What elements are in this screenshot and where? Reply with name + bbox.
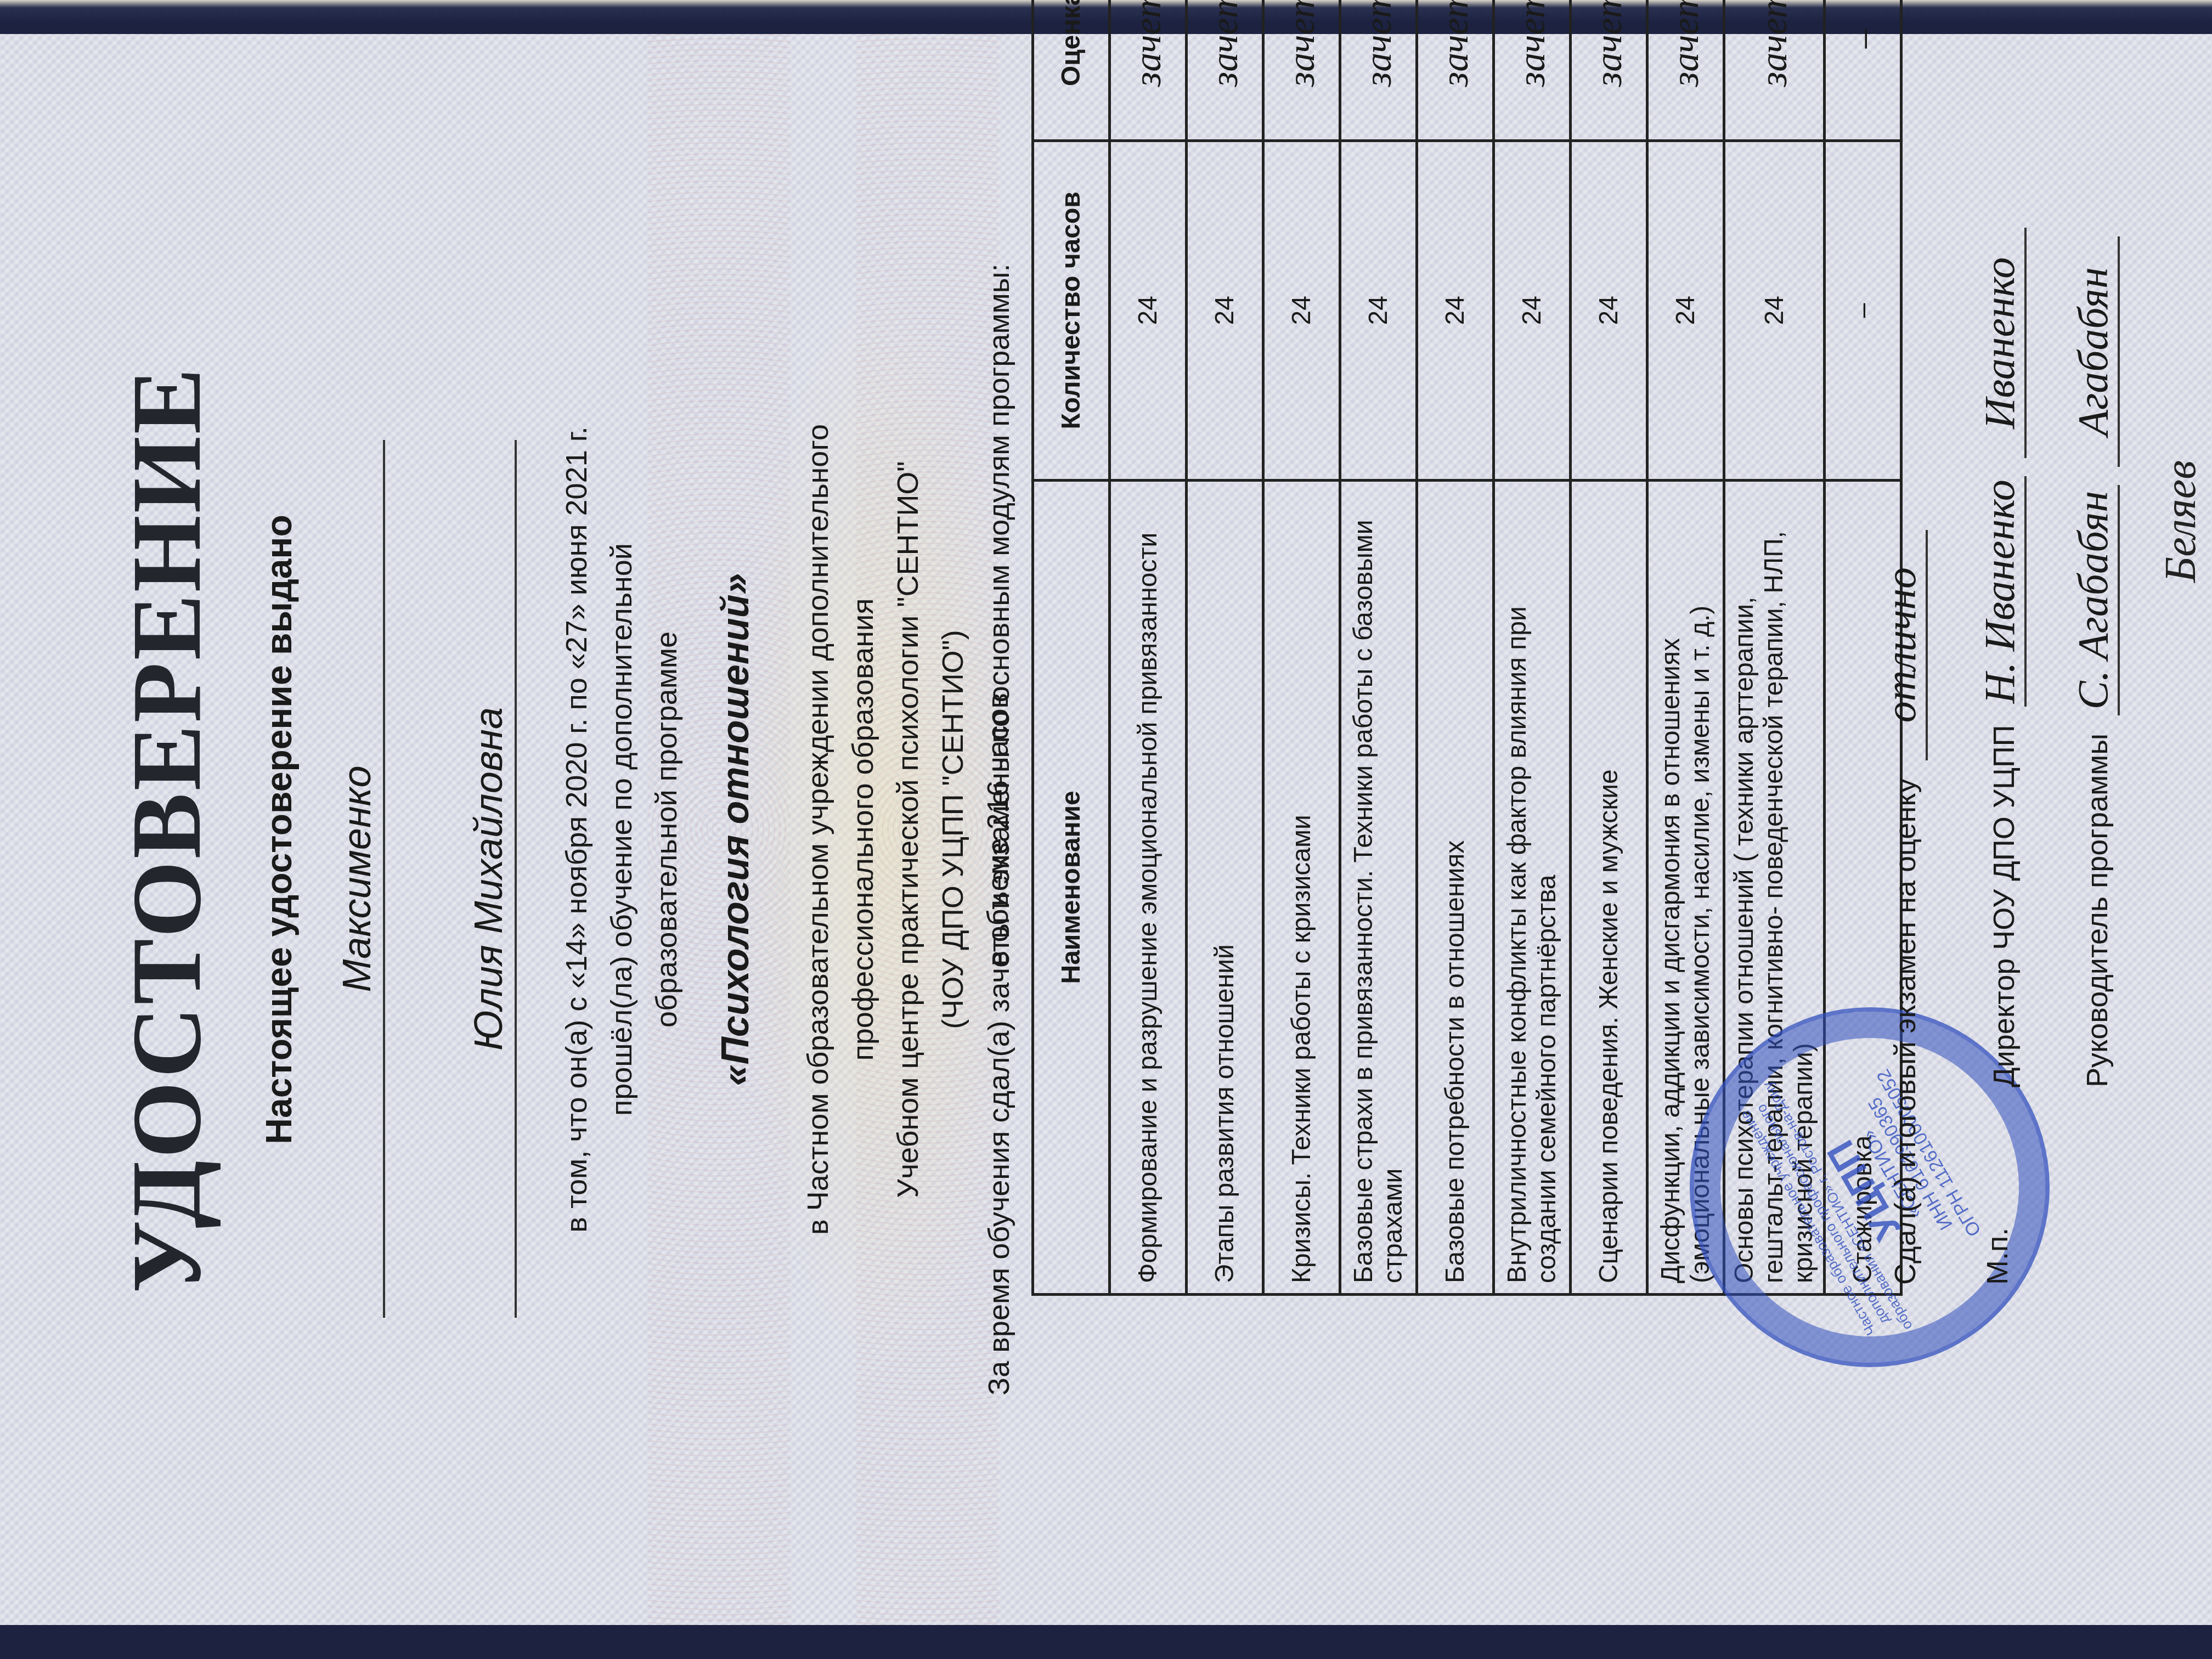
module-name-cell: Базовые потребности в отношениях bbox=[1417, 480, 1494, 1294]
module-hours-cell: 24 bbox=[1340, 140, 1417, 480]
institution-line: в Частном образовательном учреждении доп… bbox=[795, 34, 840, 1625]
module-hours-cell: 24 bbox=[1263, 140, 1340, 480]
program-head-line: Руководитель программы С. Агабабян Агаба… bbox=[2068, 236, 2120, 1087]
module-grade-cell: зачет bbox=[1647, 0, 1724, 140]
module-hours-cell: – bbox=[1825, 140, 1901, 480]
table-row: Базовые потребности в отношениях24зачет bbox=[1417, 0, 1494, 1295]
institution-line: (ЧОУ ДПО УЦПП "СЕНТИО") bbox=[930, 34, 975, 1625]
module-grade-cell: зачет bbox=[1571, 0, 1647, 140]
exam-grade: отлично bbox=[1876, 530, 1928, 760]
institution-line: профессионального образования bbox=[840, 34, 885, 1625]
module-grade-cell: зачет bbox=[1417, 0, 1494, 140]
director-line: Директор ЧОУ ДПО УЦПП Н. Иваненко Иванен… bbox=[1975, 228, 2027, 1087]
director-label: Директор ЧОУ ДПО УЦПП bbox=[1988, 725, 2021, 1087]
seal-label: М.п. bbox=[1980, 1228, 2015, 1285]
table-row: Формирование и разрушение эмоциональной … bbox=[1110, 0, 1187, 1295]
exam-label: Сдал(а) итоговый экзамен на оценку bbox=[1889, 778, 1922, 1285]
extra-signature: Беляев bbox=[2156, 460, 2206, 583]
module-name-cell: Базовые страхи в привязанности. Техники … bbox=[1340, 480, 1417, 1294]
module-name-cell: Внутриличностные конфликты как фактор вл… bbox=[1494, 480, 1571, 1294]
document-title: УДОСТОВЕРЕНИЕ bbox=[110, 34, 223, 1625]
table-row: Внутриличностные конфликты как фактор вл… bbox=[1494, 0, 1571, 1295]
table-row: Сценарии поведения. Женские и мужские24з… bbox=[1571, 0, 1647, 1295]
training-period: в том, что он(а) с «14» ноября 2020 г. п… bbox=[554, 34, 689, 1625]
module-hours-cell: 24 bbox=[1724, 140, 1825, 480]
director-signature: Иваненко bbox=[1975, 228, 2027, 458]
surname: Максименко bbox=[335, 440, 385, 1318]
program-head-signature: Агабабян bbox=[2068, 236, 2120, 467]
header-hours: Количество часов bbox=[1033, 140, 1110, 480]
module-name-cell: Сценарии поведения. Женские и мужские bbox=[1571, 480, 1647, 1294]
training-line: в том, что он(а) с «14» ноября 2020 г. п… bbox=[554, 34, 599, 1625]
program-head-label: Руководитель программы bbox=[2081, 733, 2114, 1087]
director-name: Н. Иваненко bbox=[1975, 476, 2027, 707]
certificate-page: УДОСТОВЕРЕНИЕ Настоящее удостоверение вы… bbox=[0, 34, 2212, 1625]
module-grade-cell: – bbox=[1825, 0, 1901, 140]
module-hours-cell: 24 bbox=[1571, 140, 1647, 480]
final-exam-line: Сдал(а) итоговый экзамен на оценку отлич… bbox=[1876, 530, 1928, 1285]
table-row: Этапы развития отношений24зачет bbox=[1187, 0, 1263, 1295]
issued-line: Настоящее удостоверение выдано bbox=[258, 34, 300, 1625]
module-hours-cell: 24 bbox=[1187, 140, 1263, 480]
module-grade-cell: зачет bbox=[1110, 0, 1187, 140]
table-intro: За время обучения сдал(а) зачеты и экзам… bbox=[982, 34, 1016, 1625]
given-names: Юлия Михайловна bbox=[466, 440, 517, 1318]
program-head-name: С. Агабабян bbox=[2068, 485, 2120, 715]
table-header-row: Наименование Количество часов Оценка bbox=[1033, 0, 1110, 1295]
header-grade: Оценка bbox=[1033, 0, 1110, 140]
module-name-cell: Формирование и разрушение эмоциональной … bbox=[1110, 480, 1187, 1294]
training-line: прошёл(ла) обучение по дополнительной bbox=[599, 34, 644, 1625]
program-name: «Психология отношений» bbox=[713, 34, 757, 1625]
module-grade-cell: зачет bbox=[1494, 0, 1571, 140]
module-hours-cell: 24 bbox=[1647, 140, 1724, 480]
module-hours-cell: 24 bbox=[1494, 140, 1571, 480]
module-grade-cell: зачет bbox=[1724, 0, 1825, 140]
module-grade-cell: зачет bbox=[1340, 0, 1417, 140]
module-name-cell: Этапы развития отношений bbox=[1187, 480, 1263, 1294]
header-name: Наименование bbox=[1033, 480, 1110, 1294]
table-row: Базовые страхи в привязанности. Техники … bbox=[1340, 0, 1417, 1295]
institution-line: Учебном центре практической психологии "… bbox=[885, 34, 930, 1625]
module-name-cell: Кризисы. Техники работы с кризисами bbox=[1263, 480, 1340, 1294]
module-grade-cell: зачет bbox=[1187, 0, 1263, 140]
table-row: Кризисы. Техники работы с кризисами24зач… bbox=[1263, 0, 1340, 1295]
module-hours-cell: 24 bbox=[1417, 140, 1494, 480]
module-grade-cell: зачет bbox=[1263, 0, 1340, 140]
training-line: образовательной программе bbox=[644, 34, 689, 1625]
module-hours-cell: 24 bbox=[1110, 140, 1187, 480]
